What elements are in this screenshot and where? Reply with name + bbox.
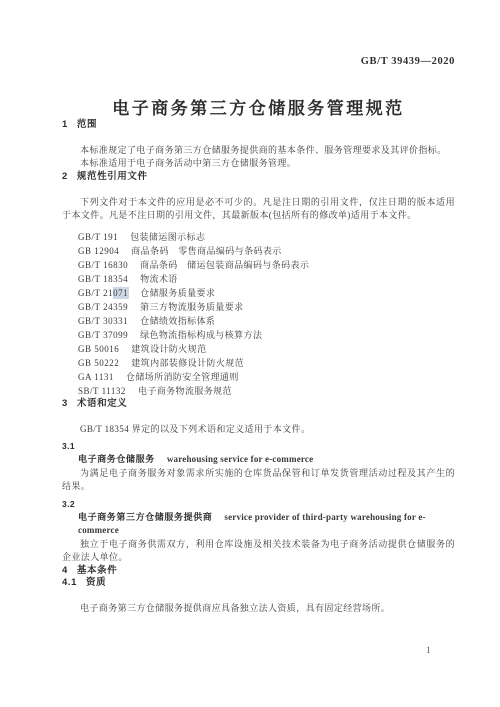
page-number: 1 xyxy=(426,645,431,659)
scope-paragraph-1: 本标准规定了电子商务第三方仓储服务提供商的基本条件、服务管理要求及其评价指标。 xyxy=(62,144,455,158)
reference-code: GB 12904 xyxy=(78,244,119,258)
reference-code: GB 50016 xyxy=(78,342,119,356)
doc-code: GB/T 39439—2020 xyxy=(62,55,455,69)
reference-code: GB/T 24359 xyxy=(78,300,128,314)
reference-title: 仓储服务质量要求 xyxy=(140,288,215,298)
reference-title: 包装储运图示标志 xyxy=(130,232,205,242)
reference-list: GB/T 191包装储运图示标志 GB 12904商品条码 零售商品编码与条码表… xyxy=(62,230,455,398)
standard-document-page: GB/T 39439—2020 电子商务第三方仓储服务管理规范 1范围 本标准规… xyxy=(0,0,500,707)
subsection-heading-qualification: 4.1资质 xyxy=(62,577,455,589)
reference-code: GB/T 30331 xyxy=(78,314,128,328)
reference-item: GB/T 16830商品条码 储运包装商品编码与条码表示 xyxy=(62,258,455,272)
reference-title: 仓储绩效指标体系 xyxy=(140,316,215,326)
reference-code: GB/T 191 xyxy=(78,230,118,244)
section-title: 规范性引用文件 xyxy=(77,171,148,182)
terms-intro: GB/T 18354 界定的以及下列术语和定义适用于本文件。 xyxy=(62,423,455,437)
reference-code: GB 50222 xyxy=(78,356,119,370)
section-number: 3 xyxy=(62,398,68,410)
term-definition: 独立于电子商务供需双方，利用仓库设施及相关技术装备为电子商务活动提供仓储服务的企… xyxy=(62,538,455,565)
reference-code: GB/T 18354 xyxy=(78,272,128,286)
section-heading-normative-references: 2规范性引用文件 xyxy=(62,171,455,183)
reference-item: GB 50222建筑内部装修设计防火规范 xyxy=(62,356,455,370)
reference-item: GB/T 30331仓储绩效指标体系 xyxy=(62,314,455,328)
term-entry: 电子商务第三方仓储服务提供商service provider of third-… xyxy=(62,511,455,538)
term-number: 3.2 xyxy=(62,498,455,511)
section-number: 4 xyxy=(62,565,68,577)
reference-title: 建筑内部装修设计防火规范 xyxy=(131,358,244,368)
reference-code: GB/T 37099 xyxy=(78,328,128,342)
reference-item: GB/T 18354物流术语 xyxy=(62,272,455,286)
reference-item: GB/T 24359第三方物流服务质量要求 xyxy=(62,300,455,314)
section-title: 基本条件 xyxy=(77,565,117,576)
reference-title: 物流术语 xyxy=(140,274,178,284)
term-definition: 为满足电子商务服务对象需求所实施的仓库货品保管和订单发货管理活动过程及其产生的结… xyxy=(62,467,455,494)
section-heading-scope: 1范围 xyxy=(62,119,455,131)
reference-code: GA 1131 xyxy=(78,370,114,384)
reference-code: GB/T 16830 xyxy=(78,258,128,272)
reference-item: GB/T 21071仓储服务质量要求 xyxy=(62,286,455,300)
subsection-title: 资质 xyxy=(86,577,106,588)
section-number: 2 xyxy=(62,171,68,183)
normative-references-paragraph: 下列文件对于本文件的应用是必不可少的。凡是注日期的引用文件，仅注日期的版本适用于… xyxy=(62,196,455,223)
section-heading-basic-conditions: 4基本条件 xyxy=(62,565,455,577)
reference-title: 电子商务物流服务规范 xyxy=(138,386,232,396)
scope-paragraph-2: 本标准适用于电子商务活动中第三方仓储服务管理。 xyxy=(62,157,455,171)
reference-item: GB 12904商品条码 零售商品编码与条码表示 xyxy=(62,244,455,258)
term-en: warehousing service for e-commerce xyxy=(167,454,314,464)
reference-item: GA 1131仓储场所消防安全管理通则 xyxy=(62,370,455,384)
reference-item: GB 50016建筑设计防火规范 xyxy=(62,342,455,356)
reference-title: 绿色物流指标构成与核算方法 xyxy=(140,330,262,340)
qualification-paragraph: 电子商务第三方仓储服务提供商应具备独立法人资质，具有固定经营场所。 xyxy=(62,602,455,616)
reference-title: 商品条码 零售商品编码与条码表示 xyxy=(131,246,281,256)
reference-title: 第三方物流服务质量要求 xyxy=(140,302,243,312)
term-zh: 电子商务仓储服务 xyxy=(78,454,155,464)
section-number: 1 xyxy=(62,119,68,131)
reference-code: SB/T 11132 xyxy=(78,384,126,398)
reference-item: SB/T 11132电子商务物流服务规范 xyxy=(62,384,455,398)
reference-title: 仓储场所消防安全管理通则 xyxy=(126,372,239,382)
term-zh: 电子商务第三方仓储服务提供商 xyxy=(78,512,212,522)
section-heading-terms: 3术语和定义 xyxy=(62,398,455,410)
reference-item: GB/T 37099绿色物流指标构成与核算方法 xyxy=(62,328,455,342)
subsection-number: 4.1 xyxy=(62,577,77,589)
reference-title: 建筑设计防火规范 xyxy=(131,344,206,354)
reference-item: GB/T 191包装储运图示标志 xyxy=(62,230,455,244)
reference-title: 商品条码 储运包装商品编码与条码表示 xyxy=(140,260,309,270)
section-title: 术语和定义 xyxy=(77,398,128,409)
document-title: 电子商务第三方仓储服务管理规范 xyxy=(62,99,455,119)
reference-code: GB/T 21071 xyxy=(78,286,128,300)
term-number: 3.1 xyxy=(62,440,455,453)
section-title: 范围 xyxy=(77,119,97,130)
term-entry: 电子商务仓储服务warehousing service for e-commer… xyxy=(62,453,455,467)
